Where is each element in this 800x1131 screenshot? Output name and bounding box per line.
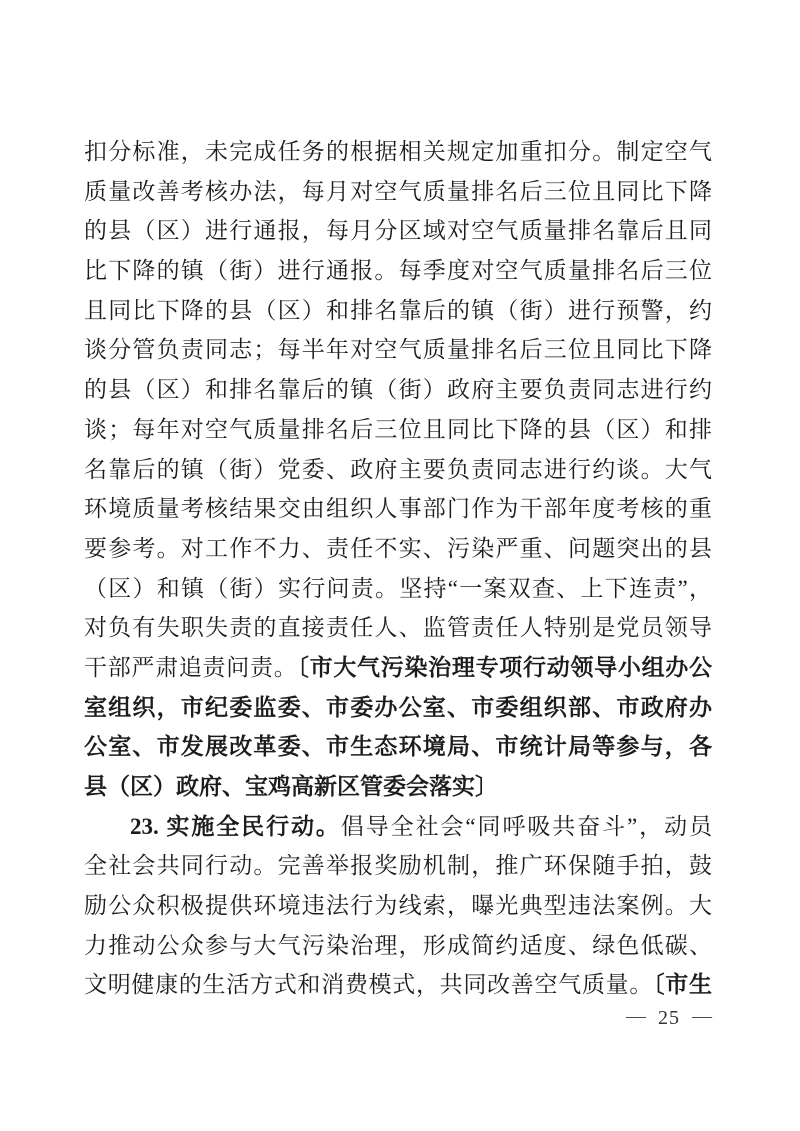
text-line: 扣分标准，未完成任务的根据相关规定加重扣分。制定空气 xyxy=(84,132,712,172)
text-line: 力推动公众参与大气污染治理，形成简约适度、绿色低碳、 xyxy=(84,926,712,966)
text-segment: 谈；每年对空气质量排名后三位且同比下降的县（区）和排 xyxy=(84,417,712,442)
text-segment: 文明健康的生活方式和消费模式，共同改善空气质量。 xyxy=(84,972,653,997)
text-segment: 对负有失职失责的直接责任人、监管责任人特别是党员领导 xyxy=(84,615,712,640)
text-segment: 倡导全社会“同呼吸共奋斗”，动员 xyxy=(341,814,712,839)
text-line: 谈；每年对空气质量排名后三位且同比下降的县（区）和排 xyxy=(84,410,712,450)
text-segment: 的县（区）和排名靠后的镇（街）政府主要负责同志进行约 xyxy=(84,377,712,402)
bold-text-segment: 〔市生 xyxy=(653,972,712,997)
text-segment: 扣分标准，未完成任务的根据相关规定加重扣分。制定空气 xyxy=(84,139,712,164)
text-line: 质量改善考核办法，每月对空气质量排名后三位且同比下降 xyxy=(84,172,712,212)
document-page: 扣分标准，未完成任务的根据相关规定加重扣分。制定空气质量改善考核办法，每月对空气… xyxy=(0,0,800,1131)
text-line: 对负有失职失责的直接责任人、监管责任人特别是党员领导 xyxy=(84,608,712,648)
text-line: 励公众积极提供环境违法行为线索，曝光典型违法案例。大 xyxy=(84,886,712,926)
text-segment: 质量改善考核办法，每月对空气质量排名后三位且同比下降 xyxy=(84,179,712,204)
bold-text-segment: 县（区）政府、宝鸡高新区管委会落实〕 xyxy=(84,774,498,799)
bold-text-segment: 23. 实施全民行动。 xyxy=(130,814,341,839)
text-segment: （区）和镇（街）实行问责。坚持“一案双查、上下连责”， xyxy=(84,576,712,601)
text-line: 23. 实施全民行动。倡导全社会“同呼吸共奋斗”，动员 xyxy=(84,807,712,847)
text-segment: 干部严肃追责问责。 xyxy=(84,655,297,680)
text-line: 文明健康的生活方式和消费模式，共同改善空气质量。〔市生 xyxy=(84,965,712,1005)
page-footer: —25— xyxy=(0,1006,712,1030)
text-segment: 力推动公众参与大气污染治理，形成简约适度、绿色低碳、 xyxy=(84,933,712,958)
page-number: 25 xyxy=(658,1006,680,1030)
text-line: 公室、市发展改革委、市生态环境局、市统计局等参与，各 xyxy=(84,727,712,767)
text-segment: 名靠后的镇（街）党委、政府主要负责同志进行约谈。大气 xyxy=(84,457,712,482)
text-line: 室组织，市纪委监委、市委办公室、市委组织部、市政府办 xyxy=(84,688,712,728)
text-line: 环境质量考核结果交由组织人事部门作为干部年度考核的重 xyxy=(84,489,712,529)
text-line: 的县（区）和排名靠后的镇（街）政府主要负责同志进行约 xyxy=(84,370,712,410)
text-line: 且同比下降的县（区）和排名靠后的镇（街）进行预警，约 xyxy=(84,291,712,331)
text-line: 全社会共同行动。完善举报奖励机制，推广环保随手拍，鼓 xyxy=(84,846,712,886)
footer-dash-right: — xyxy=(692,1004,712,1028)
bold-text-segment: 室组织，市纪委监委、市委办公室、市委组织部、市政府办 xyxy=(84,695,712,720)
text-segment: 谈分管负责同志；每半年对空气质量排名后三位且同比下降 xyxy=(84,337,712,362)
text-line: 的县（区）进行通报，每月分区域对空气质量排名靠后且同 xyxy=(84,211,712,251)
text-segment: 的县（区）进行通报，每月分区域对空气质量排名靠后且同 xyxy=(84,218,712,243)
text-segment: 要参考。对工作不力、责任不实、污染严重、问题突出的县 xyxy=(84,536,712,561)
text-segment: 比下降的镇（街）进行通报。每季度对空气质量排名后三位 xyxy=(84,258,712,283)
text-line: 谈分管负责同志；每半年对空气质量排名后三位且同比下降 xyxy=(84,330,712,370)
text-line: 名靠后的镇（街）党委、政府主要负责同志进行约谈。大气 xyxy=(84,450,712,490)
text-segment: 励公众积极提供环境违法行为线索，曝光典型违法案例。大 xyxy=(84,893,712,918)
bold-text-segment: 公室、市发展改革委、市生态环境局、市统计局等参与，各 xyxy=(84,734,712,759)
text-segment: 且同比下降的县（区）和排名靠后的镇（街）进行预警，约 xyxy=(84,298,712,323)
document-body: 扣分标准，未完成任务的根据相关规定加重扣分。制定空气质量改善考核办法，每月对空气… xyxy=(84,132,712,1005)
text-line: 比下降的镇（街）进行通报。每季度对空气质量排名后三位 xyxy=(84,251,712,291)
text-line: 要参考。对工作不力、责任不实、污染严重、问题突出的县 xyxy=(84,529,712,569)
bold-text-segment: 〔市大气污染治理专项行动领导小组办公 xyxy=(297,655,712,680)
text-segment: 全社会共同行动。完善举报奖励机制，推广环保随手拍，鼓 xyxy=(84,853,712,878)
footer-dash-left: — xyxy=(626,1004,646,1028)
text-line: 县（区）政府、宝鸡高新区管委会落实〕 xyxy=(84,767,712,807)
text-line: 干部严肃追责问责。〔市大气污染治理专项行动领导小组办公 xyxy=(84,648,712,688)
text-line: （区）和镇（街）实行问责。坚持“一案双查、上下连责”， xyxy=(84,569,712,609)
text-segment: 环境质量考核结果交由组织人事部门作为干部年度考核的重 xyxy=(84,496,712,521)
